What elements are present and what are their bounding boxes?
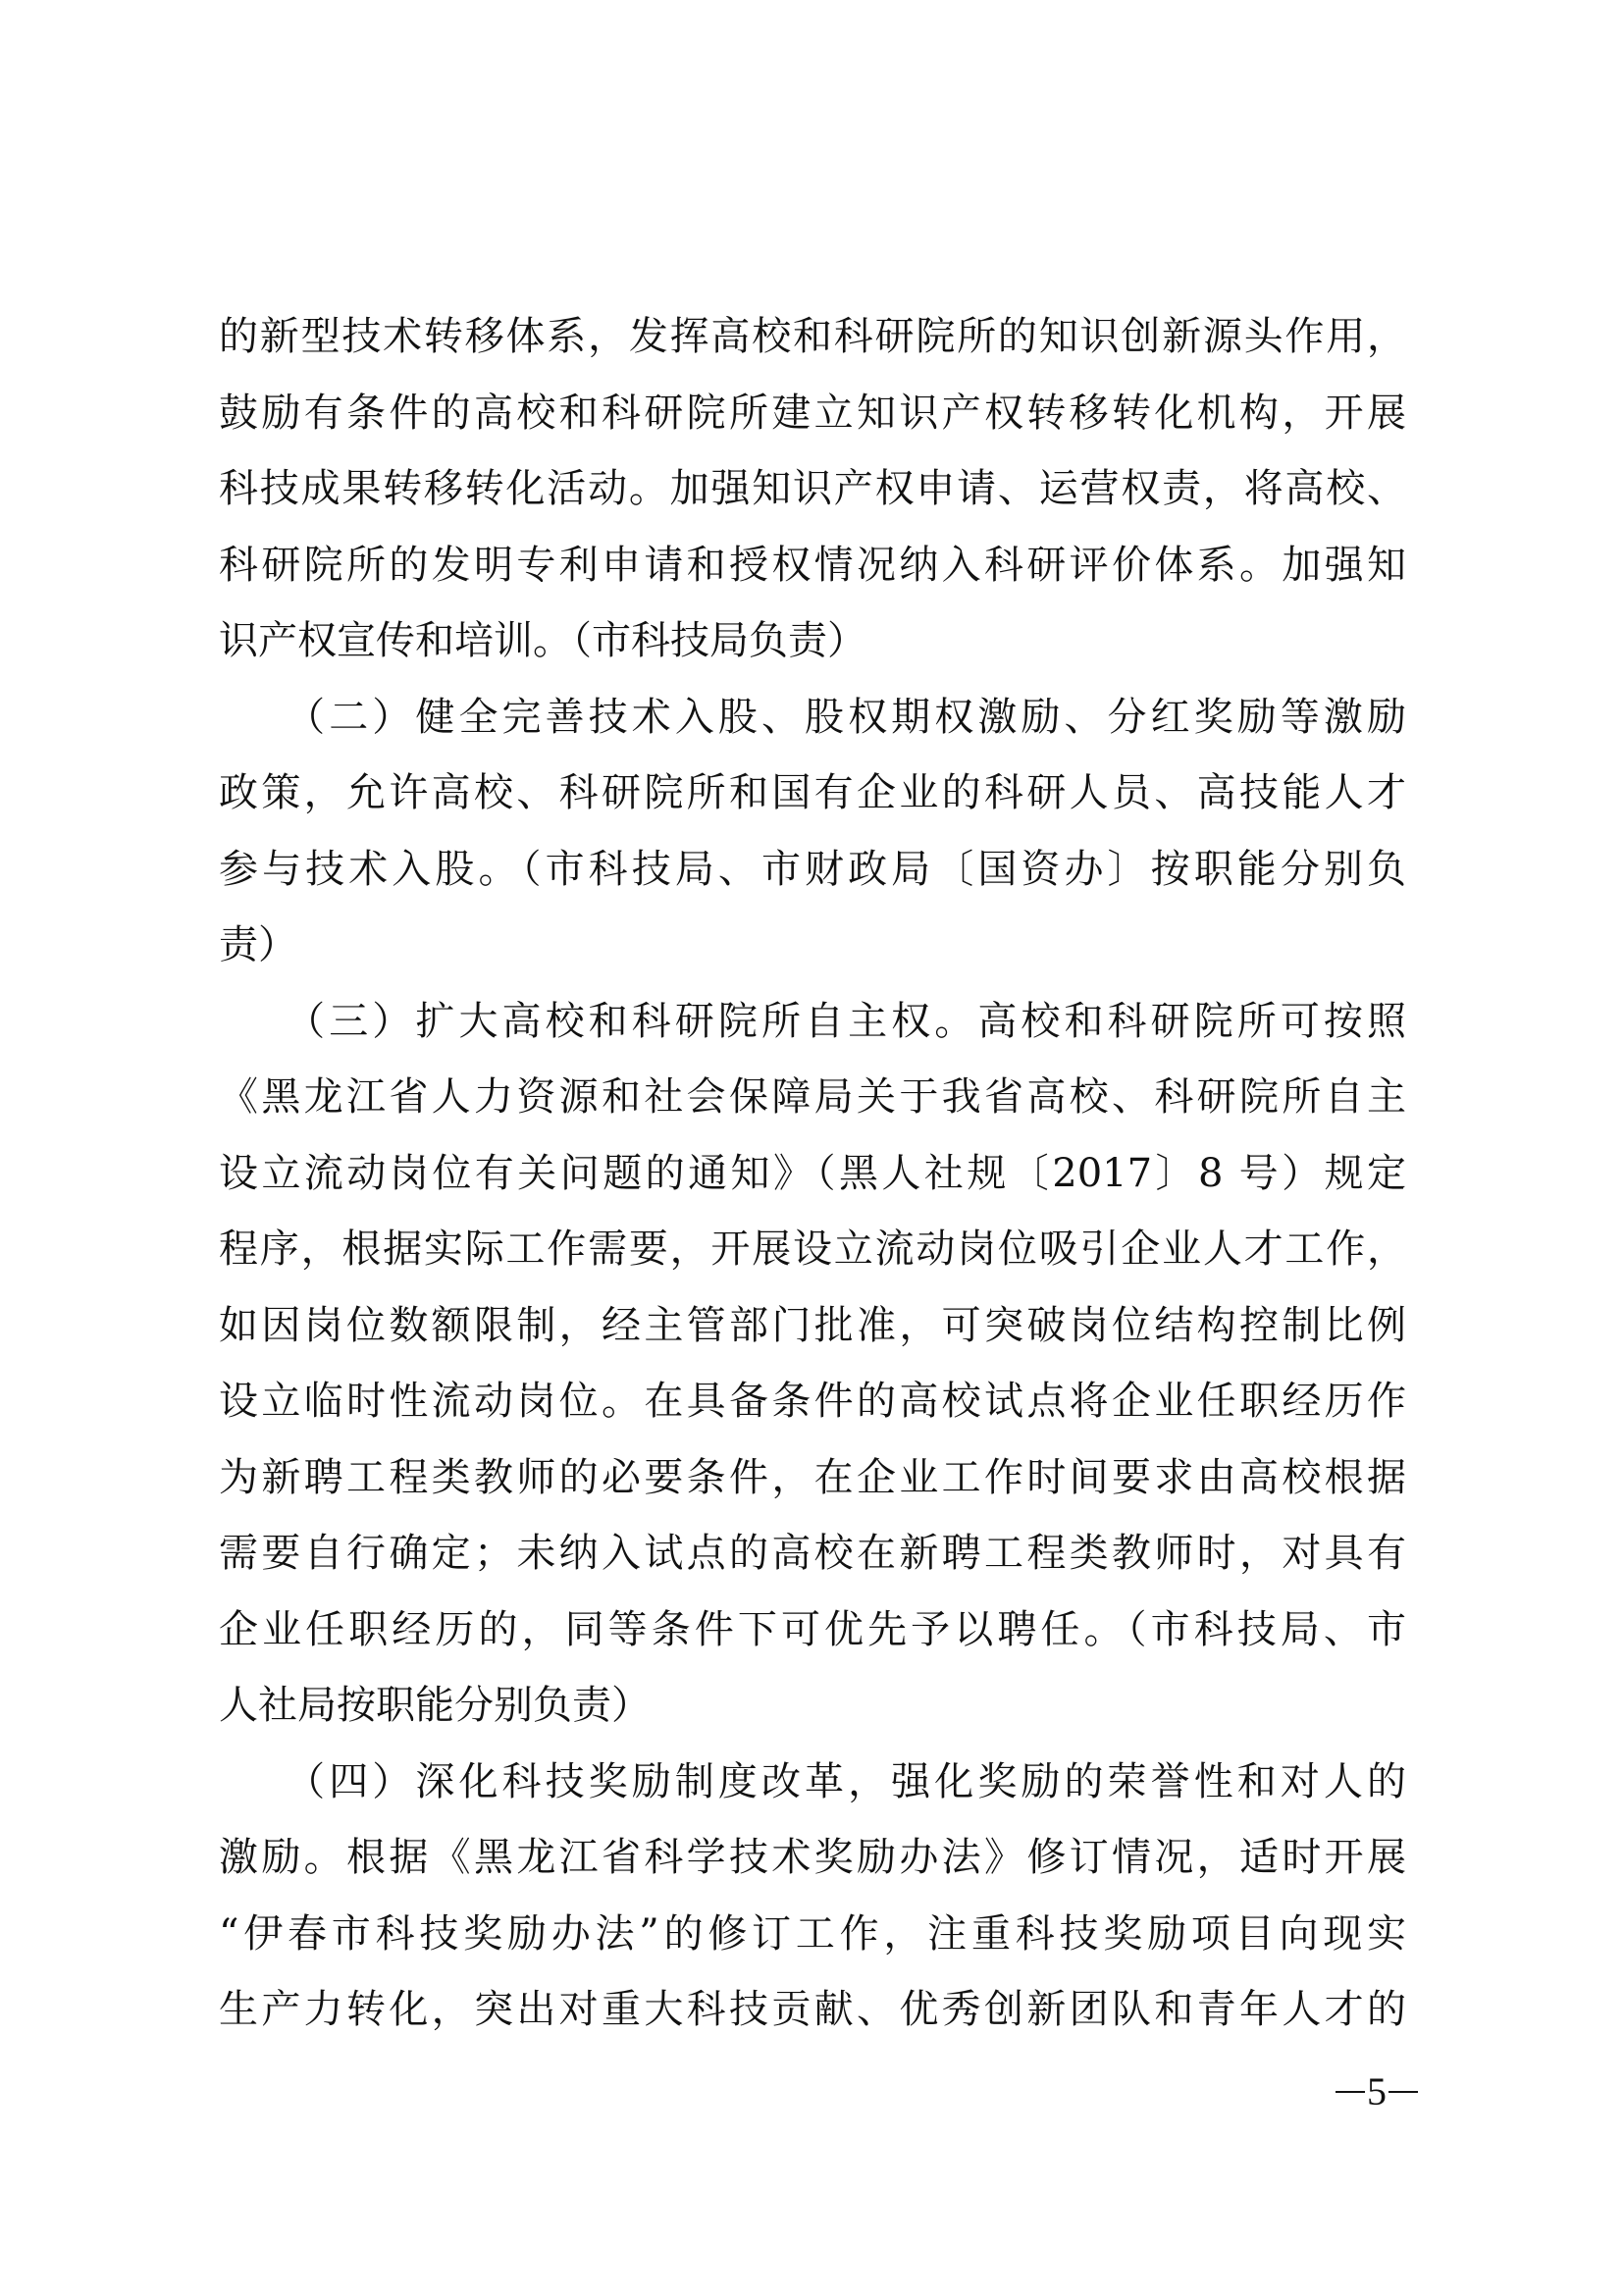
paragraph-4: （四）深化科技奖励制度改革，强化奖励的荣誉性和对人的 激励。根据《黑龙江省科学技…	[219, 1745, 1406, 2049]
text-line: （三）扩大高校和科研院所自主权。高校和科研院所可按照	[219, 984, 1406, 1061]
text-line: 程序，根据实际工作需要，开展设立流动岗位吸引企业人才工作，	[219, 1212, 1406, 1288]
text-line: 科研院所的发明专利申请和授权情况纳入科研评价体系。加强知	[219, 528, 1406, 604]
text-line: 科技成果转移转化活动。加强知识产权申请、运营权责，将高校、	[219, 451, 1406, 528]
dash-right	[1388, 2091, 1418, 2093]
text-line: 人社局按职能分别负责）	[219, 1668, 1406, 1745]
text-line: （二）健全完善技术入股、股权期权激励、分红奖励等激励	[219, 680, 1406, 757]
dash-left	[1336, 2091, 1365, 2093]
text-line: 生产力转化，突出对重大科技贡献、优秀创新团队和青年人才的	[219, 1972, 1406, 2049]
text-line: “伊春市科技奖励办法”的修订工作，注重科技奖励项目向现实	[219, 1897, 1406, 1973]
document-page: 的新型技术转移体系，发挥高校和科研院所的知识创新源头作用， 鼓励有条件的高校和科…	[0, 0, 1624, 2296]
text-line: 如因岗位数额限制，经主管部门批准，可突破岗位结构控制比例	[219, 1288, 1406, 1365]
paragraph-3: （三）扩大高校和科研院所自主权。高校和科研院所可按照 《黑龙江省人力资源和社会保…	[219, 984, 1406, 1745]
text-line: 责）	[219, 908, 1406, 984]
text-line: 设立临时性流动岗位。在具备条件的高校试点将企业任职经历作	[219, 1364, 1406, 1440]
page-number-value: 5	[1367, 2070, 1387, 2113]
text-line: 识产权宣传和培训。（市科技局负责）	[219, 603, 1406, 680]
text-line: 的新型技术转移体系，发挥高校和科研院所的知识创新源头作用，	[219, 299, 1406, 376]
text-line: 《黑龙江省人力资源和社会保障局关于我省高校、科研院所自主	[219, 1060, 1406, 1136]
paragraph-continued: 的新型技术转移体系，发挥高校和科研院所的知识创新源头作用， 鼓励有条件的高校和科…	[219, 299, 1406, 680]
text-line: 需要自行确定；未纳入试点的高校在新聘工程类教师时，对具有	[219, 1516, 1406, 1592]
text-line: 参与技术入股。（市科技局、市财政局〔国资办〕按职能分别负	[219, 832, 1406, 909]
text-line: 激励。根据《黑龙江省科学技术奖励办法》修订情况，适时开展	[219, 1820, 1406, 1897]
body-text: 的新型技术转移体系，发挥高校和科研院所的知识创新源头作用， 鼓励有条件的高校和科…	[219, 299, 1406, 2049]
text-line: 政策，允许高校、科研院所和国有企业的科研人员、高技能人才	[219, 756, 1406, 832]
text-line: 鼓励有条件的高校和科研院所建立知识产权转移转化机构，开展	[219, 376, 1406, 452]
paragraph-2: （二）健全完善技术入股、股权期权激励、分红奖励等激励 政策，允许高校、科研院所和…	[219, 680, 1406, 984]
text-line: 企业任职经历的，同等条件下可优先予以聘任。（市科技局、市	[219, 1592, 1406, 1669]
text-line: 设立流动岗位有关问题的通知》（黑人社规〔2017〕8 号）规定	[219, 1136, 1406, 1213]
page-number: 5	[1328, 2070, 1426, 2113]
text-line: 为新聘工程类教师的必要条件，在企业工作时间要求由高校根据	[219, 1440, 1406, 1517]
text-line: （四）深化科技奖励制度改革，强化奖励的荣誉性和对人的	[219, 1745, 1406, 1821]
